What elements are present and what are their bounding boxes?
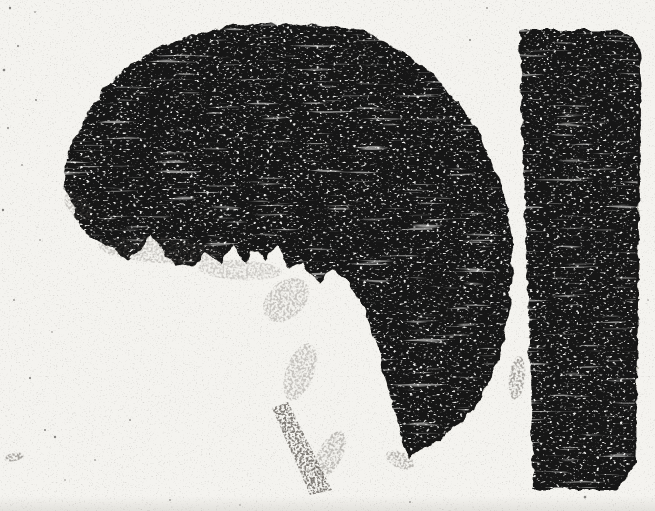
dust-dot bbox=[129, 419, 131, 421]
dust-dot bbox=[469, 39, 471, 41]
dust-dot bbox=[647, 299, 649, 301]
dust-dot bbox=[7, 127, 9, 129]
dust-dot bbox=[39, 239, 41, 241]
dust-dot bbox=[44, 429, 46, 431]
dust-dot bbox=[486, 7, 488, 9]
dust-dot bbox=[29, 377, 31, 379]
dust-dot bbox=[21, 164, 23, 166]
dust-dot bbox=[17, 45, 19, 47]
dust-dot bbox=[51, 331, 53, 333]
dust-dot bbox=[35, 99, 37, 101]
dust-dot bbox=[13, 299, 15, 301]
dust-dot bbox=[64, 479, 66, 481]
dust-dot bbox=[2, 209, 4, 211]
dust-dot bbox=[94, 459, 96, 461]
scan-scene bbox=[0, 0, 655, 511]
bottom-scan-shadow bbox=[0, 496, 655, 511]
dust-dot bbox=[54, 436, 56, 438]
photocopy-scan-image bbox=[0, 0, 655, 511]
dust-dot bbox=[9, 7, 11, 9]
dust-dot bbox=[34, 11, 36, 13]
dust-dot bbox=[3, 69, 6, 72]
